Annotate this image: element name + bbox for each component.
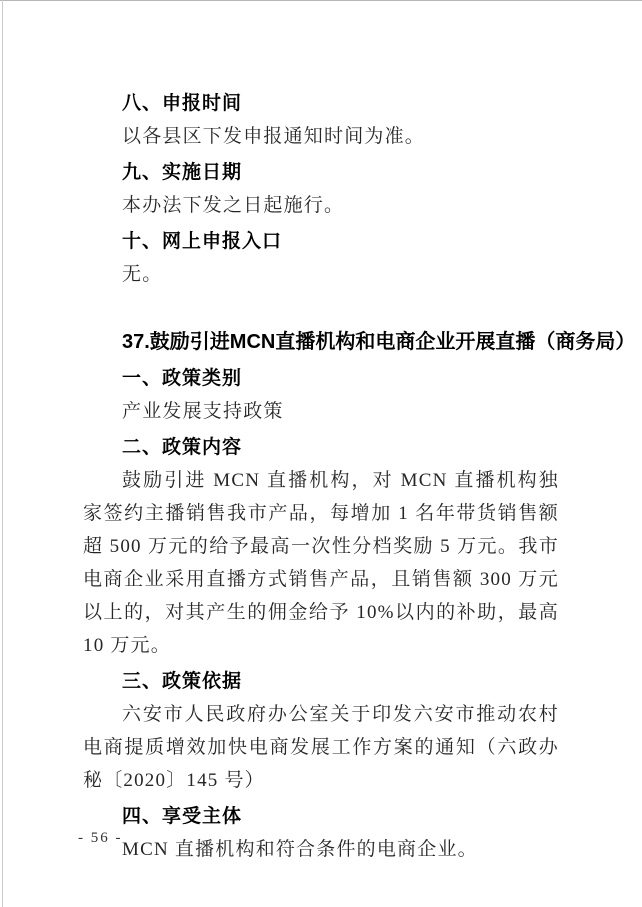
- heading-implementation-date: 九、实施日期: [83, 156, 559, 189]
- paragraph-policy-basis: 六安市人民政府办公室关于印发六安市推动农村电商提质增效加快电商发展工作方案的通知…: [83, 698, 559, 797]
- policy-37-section-title: 37.鼓励引进MCN直播机构和电商企业开展直播（商务局）: [83, 326, 559, 359]
- scan-edge-top-line: [0, 0, 642, 1]
- paragraph-online-entry: 无。: [83, 258, 559, 291]
- page-number: - 56 -: [78, 830, 123, 847]
- heading-policy-category: 一、政策类别: [83, 362, 559, 395]
- scan-edge-left-line: [2, 0, 3, 907]
- paragraph-application-time: 以各县区下发申报通知时间为准。: [83, 120, 559, 153]
- heading-application-time: 八、申报时间: [83, 87, 559, 120]
- heading-online-entry: 十、网上申报入口: [83, 225, 559, 258]
- heading-policy-basis: 三、政策依据: [83, 665, 559, 698]
- heading-policy-content: 二、政策内容: [83, 431, 559, 464]
- heading-beneficiary: 四、享受主体: [83, 800, 559, 833]
- paragraph-beneficiary: MCN 直播机构和符合条件的电商企业。: [83, 833, 559, 866]
- paragraph-implementation-date: 本办法下发之日起施行。: [83, 189, 559, 222]
- paragraph-policy-content: 鼓励引进 MCN 直播机构，对 MCN 直播机构独家签约主播销售我市产品，每增加…: [83, 464, 559, 662]
- document-content: 八、申报时间 以各县区下发申报通知时间为准。 九、实施日期 本办法下发之日起施行…: [83, 84, 559, 866]
- paragraph-policy-category: 产业发展支持政策: [83, 395, 559, 428]
- document-page: { "page": { "colors": { "background": "#…: [0, 0, 642, 907]
